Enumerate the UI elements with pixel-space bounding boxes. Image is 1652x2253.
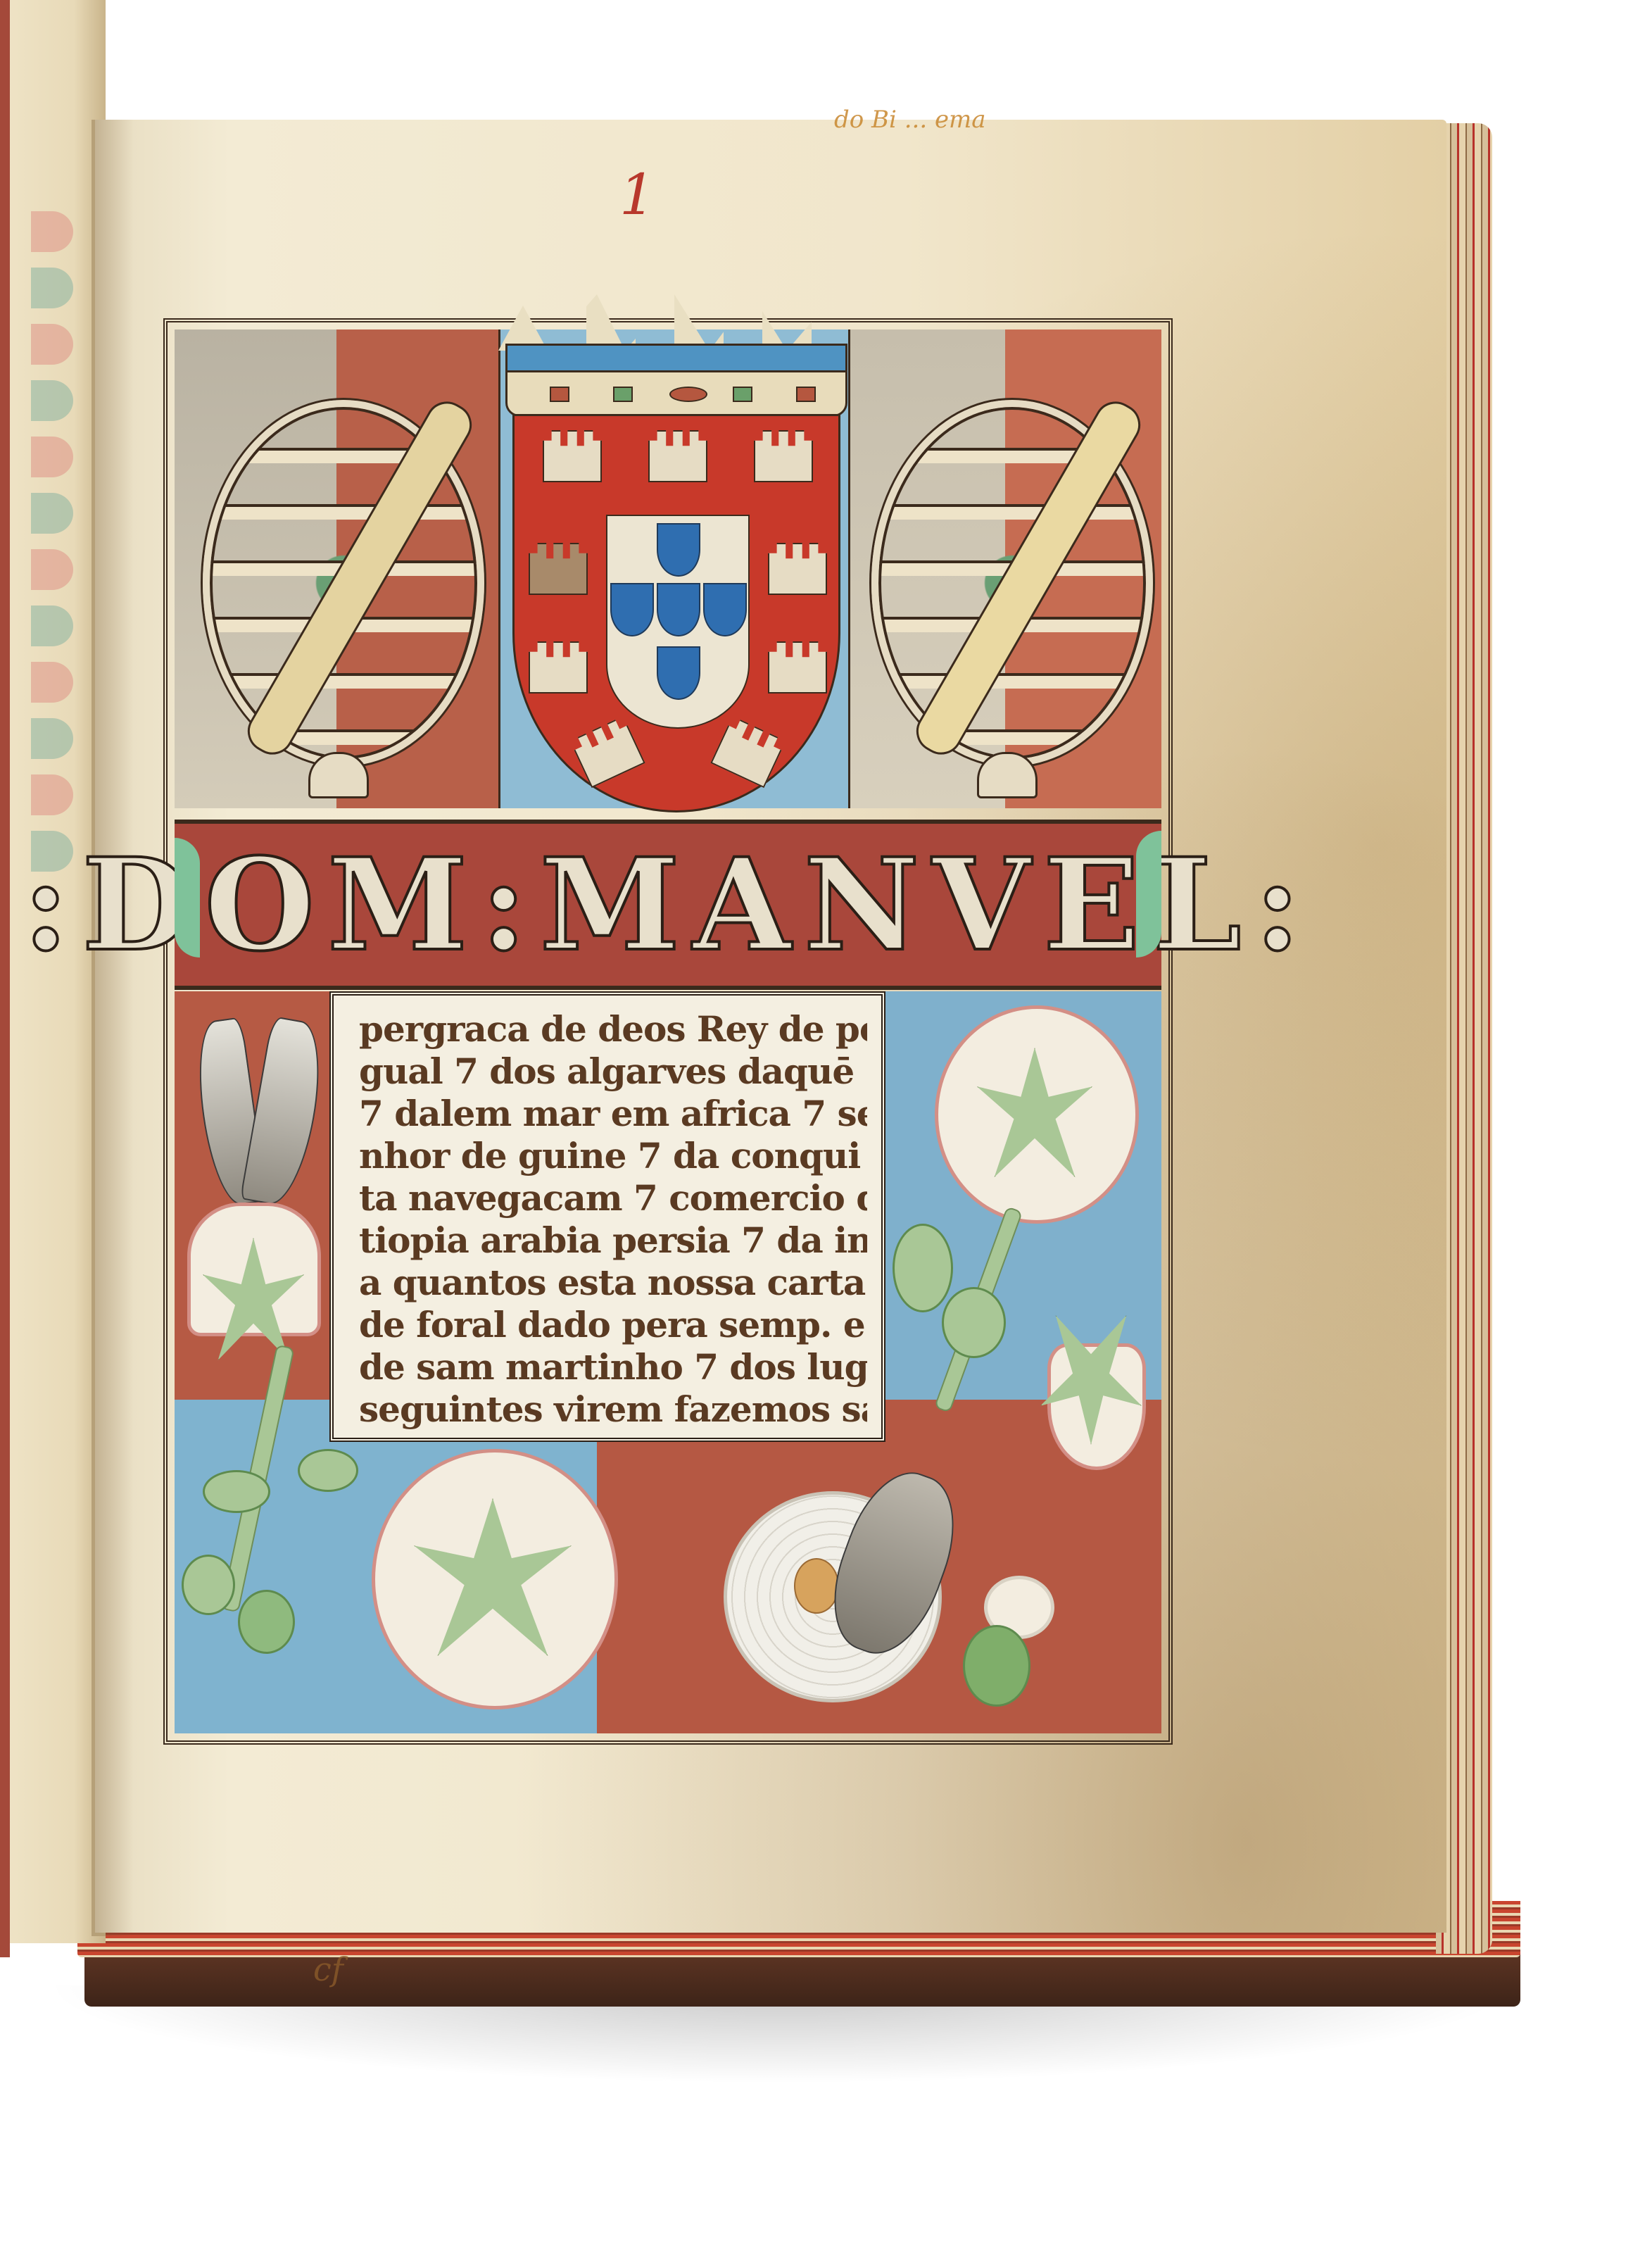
banner-scroll-left <box>175 838 200 958</box>
initial-mark-red <box>31 549 73 590</box>
rose-center <box>794 1558 839 1614</box>
crown-gem-green <box>613 387 633 402</box>
quina-escutcheon <box>610 583 654 636</box>
banner-scroll-right <box>1136 831 1161 958</box>
bottom-annotation: cf <box>313 1950 343 1988</box>
initial-mark-green <box>31 605 73 646</box>
initial-mark-red <box>31 324 73 365</box>
inner-shield-argent <box>606 515 750 729</box>
initial-mark-green <box>31 493 73 534</box>
text-line: tiopia arabia persia 7 da india <box>359 1219 867 1262</box>
quina-escutcheon <box>703 583 747 636</box>
quina-escutcheon <box>657 583 700 636</box>
illumination-content: :DOM:MANVEL: <box>175 330 1161 1733</box>
crown-gold-band <box>505 370 847 417</box>
crown-gem-red <box>550 387 569 402</box>
text-line: nhor de guine 7 da conqui <box>359 1135 867 1177</box>
left-page-initials <box>7 211 84 887</box>
initial-mark-green <box>31 380 73 421</box>
text-line: de sam martinho 7 dos lugares <box>359 1346 867 1388</box>
text-line: seguintes virem fazemos saber <box>359 1388 867 1431</box>
crown-gem-green <box>733 387 752 402</box>
gutter-shadow <box>92 120 134 1936</box>
castle-icon <box>543 430 602 482</box>
initial-mark-red <box>31 662 73 703</box>
castle-icon <box>768 543 827 595</box>
crown-fleurons <box>498 294 850 351</box>
coat-of-arms-shield <box>512 414 840 812</box>
leaf-icon <box>893 1224 953 1312</box>
leaf-icon <box>203 1470 270 1513</box>
banner-title: :DOM:MANVEL: <box>23 831 1313 979</box>
initial-mark-red <box>31 437 73 477</box>
castle-icon <box>754 430 813 482</box>
castle-icon <box>569 716 645 789</box>
crown-gem-red <box>669 387 707 402</box>
castle-icon <box>648 430 707 482</box>
text-block: pergraca de deos Rey de portu gual 7 dos… <box>329 991 885 1442</box>
sphere-stand <box>308 752 369 798</box>
folio-number: 1 <box>619 162 655 227</box>
royal-crown-icon <box>484 294 864 421</box>
leaf-icon <box>942 1287 1006 1358</box>
text-line: a quantos esta nossa carta <box>359 1262 867 1304</box>
initial-mark-red <box>31 774 73 815</box>
leaf-icon <box>298 1449 358 1492</box>
text-line: ta navegacam 7 comercio de e <box>359 1177 867 1219</box>
left-cover-edge <box>0 0 10 1957</box>
quina-escutcheon <box>657 523 700 577</box>
castle-icon <box>768 641 827 694</box>
sphere-stand <box>977 752 1038 798</box>
initial-mark-red <box>31 211 73 252</box>
quina-escutcheon <box>657 646 700 700</box>
initial-mark-green <box>31 718 73 759</box>
lower-illumination-panel: pergraca de deos Rey de portu gual 7 dos… <box>175 991 1161 1733</box>
crown-gem-red <box>796 387 816 402</box>
leaf-icon <box>238 1590 295 1654</box>
castle-icon <box>529 543 588 595</box>
initial-mark-green <box>31 268 73 308</box>
text-line: gual 7 dos algarves daquē <box>359 1050 867 1093</box>
title-banner: :DOM:MANVEL: <box>175 820 1161 990</box>
text-line: de foral dado pera semp. e Anta <box>359 1304 867 1346</box>
marginal-annotation: do Bi ... ema <box>834 106 986 134</box>
text-line: 7 dalem mar em africa 7 se <box>359 1093 867 1135</box>
leaf-icon <box>963 1625 1030 1707</box>
leaf-icon <box>182 1555 235 1615</box>
text-line: pergraca de deos Rey de portu <box>359 1008 867 1050</box>
castle-icon <box>529 641 588 694</box>
